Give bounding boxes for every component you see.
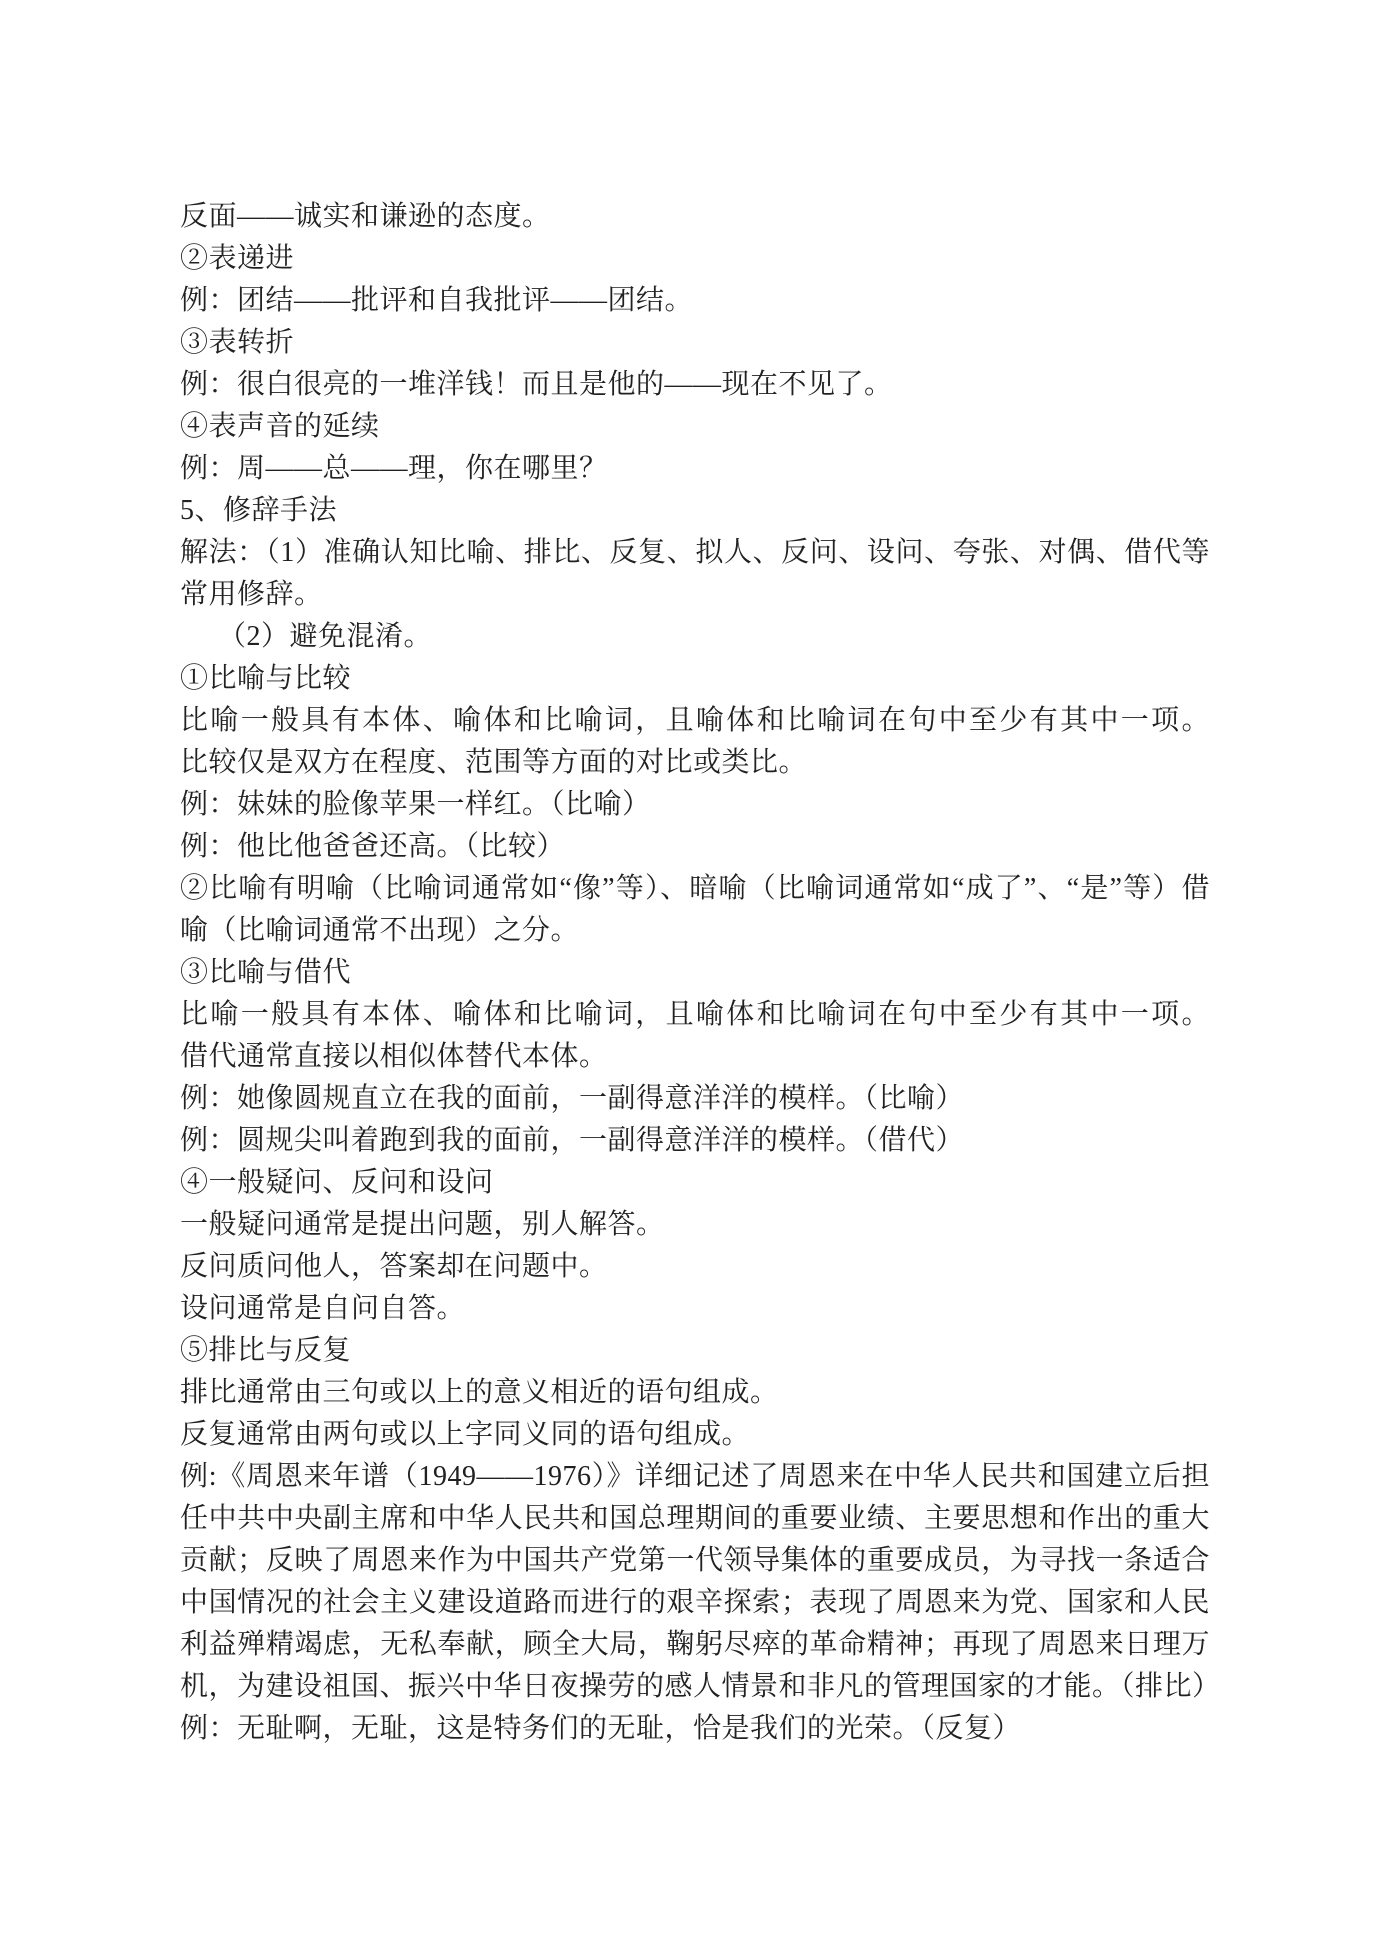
- doc-line: 5、修辞手法: [180, 490, 1210, 532]
- doc-line: ③比喻与借代: [180, 952, 1210, 994]
- doc-line: 喻（比喻词通常不出现）之分。: [180, 910, 1210, 952]
- doc-line: 借代通常直接以相似体替代本体。: [180, 1036, 1210, 1078]
- document-page: 反面——诚实和谦逊的态度。②表递进例：团结——批评和自我批评——团结。③表转折例…: [0, 0, 1383, 1951]
- doc-line: 例：妹妹的脸像苹果一样红。（比喻）: [180, 784, 1210, 826]
- doc-line: 例:《周恩来年谱（1949——1976）》详细记述了周恩来在中华人民共和国建立后…: [180, 1456, 1210, 1498]
- doc-line: 例：她像圆规直立在我的面前，一副得意洋洋的模样。（比喻）: [180, 1078, 1210, 1120]
- doc-line: 比喻一般具有本体、喻体和比喻词，且喻体和比喻词在句中至少有其中一项。: [180, 994, 1210, 1036]
- doc-line: ②比喻有明喻（比喻词通常如“像”等）、暗喻（比喻词通常如“成了”、“是”等）借: [180, 868, 1210, 910]
- doc-line: 例：周——总——理，你在哪里？: [180, 448, 1210, 490]
- doc-line: 贡献；反映了周恩来作为中国共产党第一代领导集体的重要成员，为寻找一条适合: [180, 1540, 1210, 1582]
- document-body: 反面——诚实和谦逊的态度。②表递进例：团结——批评和自我批评——团结。③表转折例…: [180, 196, 1210, 1750]
- doc-line: ②表递进: [180, 238, 1210, 280]
- doc-line: 例：很白很亮的一堆洋钱！而且是他的——现在不见了。: [180, 364, 1210, 406]
- doc-line: 一般疑问通常是提出问题，别人解答。: [180, 1204, 1210, 1246]
- doc-line: ①比喻与比较: [180, 658, 1210, 700]
- doc-line: 反复通常由两句或以上字同义同的语句组成。: [180, 1414, 1210, 1456]
- doc-line: 例：他比他爸爸还高。（比较）: [180, 826, 1210, 868]
- doc-line: 设问通常是自问自答。: [180, 1288, 1210, 1330]
- doc-line: 利益殚精竭虑，无私奉献，顾全大局，鞠躬尽瘁的革命精神；再现了周恩来日理万: [180, 1624, 1210, 1666]
- doc-line: 反问质问他人，答案却在问题中。: [180, 1246, 1210, 1288]
- doc-line: ③表转折: [180, 322, 1210, 364]
- doc-line: （2）避免混淆。: [180, 616, 1210, 658]
- doc-line: 常用修辞。: [180, 574, 1210, 616]
- doc-line: 比喻一般具有本体、喻体和比喻词，且喻体和比喻词在句中至少有其中一项。: [180, 700, 1210, 742]
- doc-line: 排比通常由三句或以上的意义相近的语句组成。: [180, 1372, 1210, 1414]
- doc-line: 机，为建设祖国、振兴中华日夜操劳的感人情景和非凡的管理国家的才能。（排比）: [180, 1666, 1210, 1708]
- doc-line: ④一般疑问、反问和设问: [180, 1162, 1210, 1204]
- doc-line: 解法：（1）准确认知比喻、排比、反复、拟人、反问、设问、夸张、对偶、借代等: [180, 532, 1210, 574]
- doc-line: 任中共中央副主席和中华人民共和国总理期间的重要业绩、主要思想和作出的重大: [180, 1498, 1210, 1540]
- doc-line: 例：无耻啊，无耻，这是特务们的无耻，恰是我们的光荣。（反复）: [180, 1708, 1210, 1750]
- doc-line: ⑤排比与反复: [180, 1330, 1210, 1372]
- doc-line: 比较仅是双方在程度、范围等方面的对比或类比。: [180, 742, 1210, 784]
- doc-line: 例：团结——批评和自我批评——团结。: [180, 280, 1210, 322]
- doc-line: 中国情况的社会主义建设道路而进行的艰辛探索；表现了周恩来为党、国家和人民: [180, 1582, 1210, 1624]
- doc-line: 反面——诚实和谦逊的态度。: [180, 196, 1210, 238]
- doc-line: ④表声音的延续: [180, 406, 1210, 448]
- doc-line: 例：圆规尖叫着跑到我的面前，一副得意洋洋的模样。（借代）: [180, 1120, 1210, 1162]
